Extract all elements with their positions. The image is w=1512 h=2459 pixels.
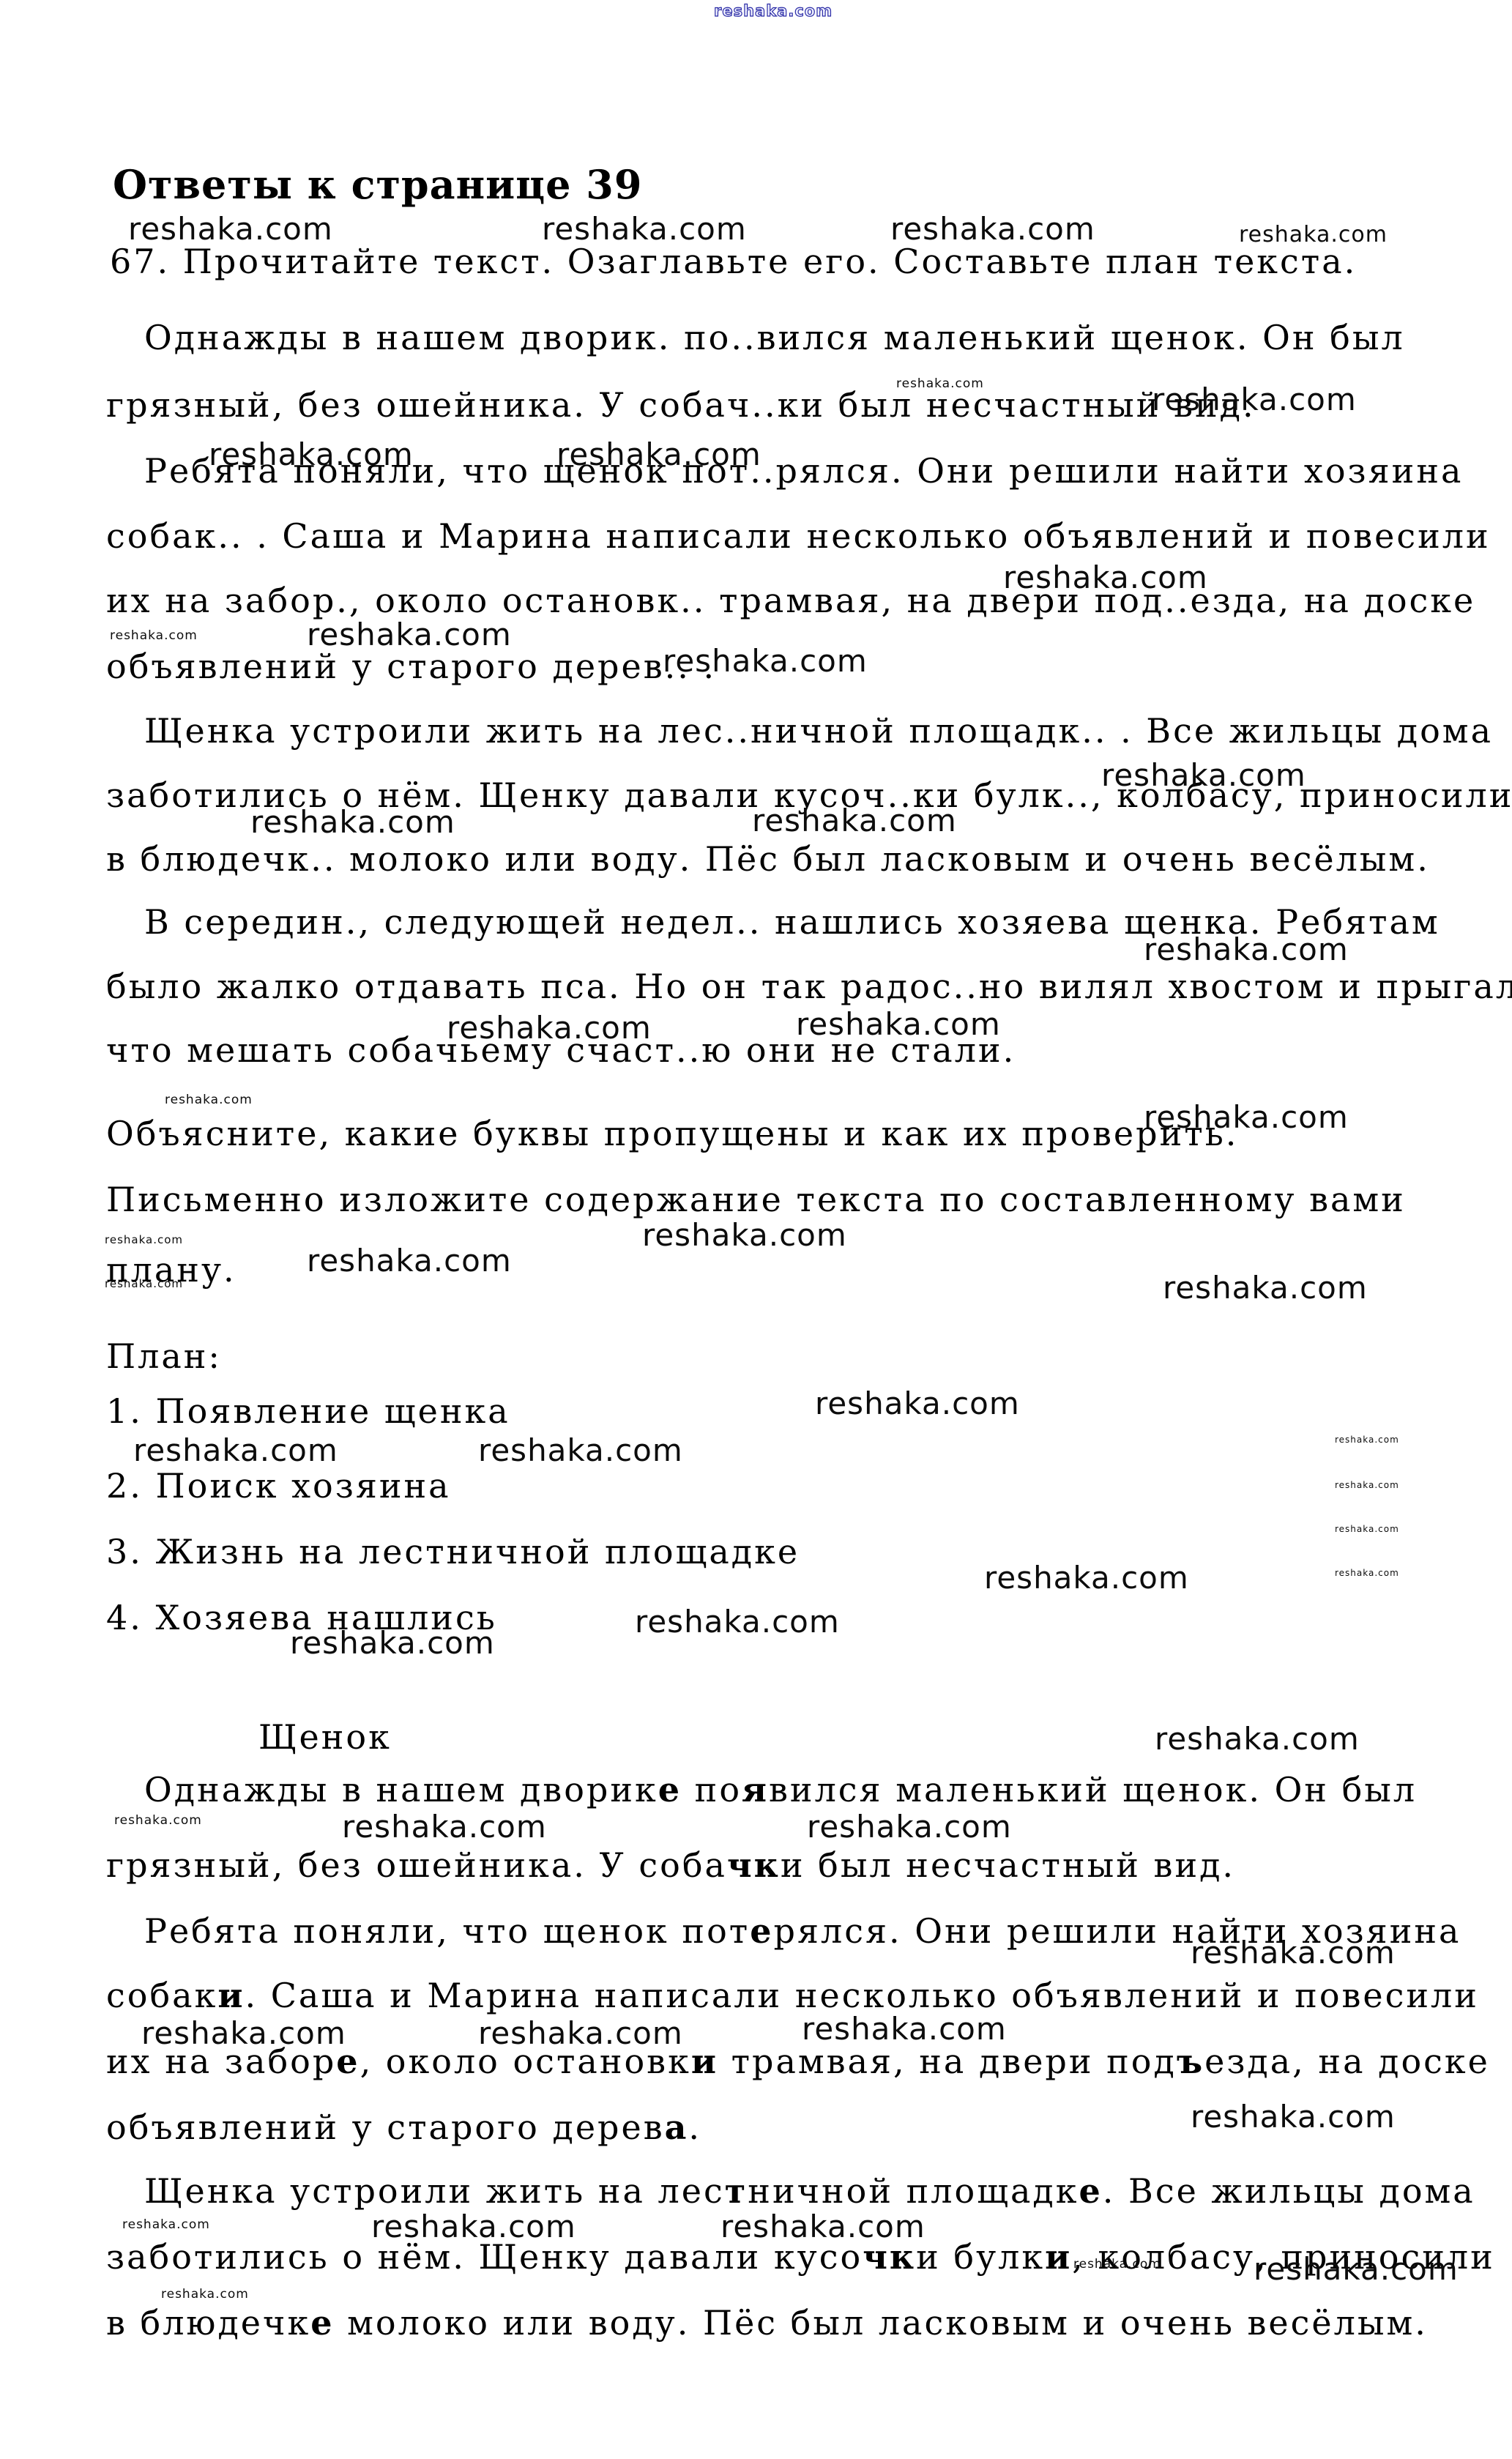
site-watermark: reshaka.com xyxy=(1191,1938,1396,1968)
site-watermark: reshaka.com xyxy=(896,378,984,390)
site-watermark: reshaka.com xyxy=(802,2014,1007,2045)
site-watermark: reshaka.com xyxy=(1191,2102,1396,2132)
site-watermark: reshaka.com xyxy=(720,2211,926,2242)
site-watermark: reshaka.com xyxy=(290,1628,495,1659)
site-watermark: reshaka.com xyxy=(307,620,512,650)
plan-item: 3. Жизнь на лестничной площадке xyxy=(106,1534,800,1569)
site-watermark: reshaka.com xyxy=(807,1812,1012,1842)
site-watermark: reshaka.com xyxy=(1003,562,1208,593)
plan-heading: План: xyxy=(106,1339,222,1374)
answer-page: reshaka.com Ответы к странице 39 67. Про… xyxy=(0,0,1512,2459)
source-text-line: было жалко отдавать пса. Но он так радос… xyxy=(106,969,1512,1004)
source-text-line: Щенка устроили жить на лес..ничной площа… xyxy=(144,713,1493,748)
site-watermark: reshaka.com xyxy=(105,1235,183,1246)
site-watermark: reshaka.com xyxy=(1073,2258,1161,2271)
site-watermark: reshaka.com xyxy=(796,1009,1001,1040)
site-watermark: reshaka.com xyxy=(890,214,1095,245)
site-watermark: reshaka.com xyxy=(635,1607,840,1637)
site-watermark: reshaka.com xyxy=(1152,384,1357,415)
site-watermark: reshaka.com xyxy=(110,630,198,642)
site-watermark: reshaka.com xyxy=(1335,1435,1399,1444)
source-text-line: грязный, без ошейника. У собач..ки был н… xyxy=(106,387,1256,423)
site-watermark: reshaka.com xyxy=(165,1094,253,1106)
site-watermark: reshaka.com xyxy=(307,1246,512,1276)
site-watermark: reshaka.com xyxy=(1335,1569,1399,1577)
site-watermark: reshaka.com xyxy=(1144,1102,1349,1133)
source-text-line: собак.. . Саша и Марина написали несколь… xyxy=(106,518,1491,554)
source-text-line: в блюдечк.. молоко или воду. Пёс был лас… xyxy=(106,841,1430,877)
task-instruction-line: Письменно изложите содержание текста по … xyxy=(106,1182,1406,1217)
site-watermark: reshaka.com xyxy=(447,1013,652,1044)
task-heading-line: 67. Прочитайте текст. Озаглавьте его. Со… xyxy=(110,244,1357,279)
site-watermark: reshaka.com xyxy=(128,214,333,245)
site-watermark: reshaka.com xyxy=(1335,1481,1399,1489)
site-watermark: reshaka.com xyxy=(161,2288,249,2301)
answer-text-line: Однажды в нашем дворике появился маленьк… xyxy=(144,1772,1417,1807)
site-watermark: reshaka.com xyxy=(1239,224,1388,246)
answer-text-line: грязный, без ошейника. У собачки был нес… xyxy=(106,1848,1235,1883)
site-watermark: reshaka.com xyxy=(371,2211,576,2242)
site-watermark: reshaka.com xyxy=(1101,760,1306,791)
site-watermark: reshaka.com xyxy=(133,1435,338,1466)
site-watermark: reshaka.com xyxy=(342,1812,547,1842)
site-watermark: reshaka.com xyxy=(752,806,957,836)
site-watermark: reshaka.com xyxy=(1335,1525,1399,1533)
site-watermark: reshaka.com xyxy=(663,646,868,677)
site-watermark: reshaka.com xyxy=(105,1279,183,1290)
site-watermark: reshaka.com xyxy=(141,2018,346,2049)
task-instruction-line: Объясните, какие буквы пропущены и как и… xyxy=(106,1116,1238,1151)
site-watermark: reshaka.com xyxy=(209,439,414,470)
site-watermark: reshaka.com xyxy=(1163,1273,1368,1303)
page-title: Ответы к странице 39 xyxy=(113,161,642,208)
site-watermark: reshaka.com xyxy=(1254,2254,1459,2285)
answer-title: Щенок xyxy=(258,1719,392,1755)
answer-text-line: объявлений у старого дерева. xyxy=(106,2110,701,2145)
site-watermark: reshaka.com xyxy=(556,439,761,470)
plan-item: 2. Поиск хозяина xyxy=(106,1468,451,1503)
site-watermark: reshaka.com xyxy=(815,1388,1020,1419)
answer-text-line: в блюдечке молоко или воду. Пёс был ласк… xyxy=(106,2305,1428,2340)
source-text-line: Однажды в нашем дворик. по..вился малень… xyxy=(144,320,1405,355)
site-watermark: reshaka.com xyxy=(642,1220,847,1251)
answer-text-line: Щенка устроили жить на лестничной площад… xyxy=(144,2173,1475,2209)
site-watermark: reshaka.com xyxy=(478,1435,683,1466)
plan-item: 1. Появление щенка xyxy=(106,1394,510,1429)
site-watermark: reshaka.com xyxy=(122,2219,210,2231)
site-watermark: reshaka.com xyxy=(1144,934,1349,965)
answer-text-line: собаки. Саша и Марина написали несколько… xyxy=(106,1978,1479,2013)
top-site-watermark: reshaka.com xyxy=(714,2,833,20)
source-text-line: их на забор., около остановк.. трамвая, … xyxy=(106,583,1475,618)
site-watermark: reshaka.com xyxy=(114,1815,202,1827)
site-watermark: reshaka.com xyxy=(250,807,455,838)
site-watermark: reshaka.com xyxy=(1155,1724,1360,1755)
source-text-line: объявлений у старого дерев.. . xyxy=(106,649,716,684)
site-watermark: reshaka.com xyxy=(542,214,747,245)
site-watermark: reshaka.com xyxy=(984,1563,1189,1593)
site-watermark: reshaka.com xyxy=(478,2018,683,2049)
